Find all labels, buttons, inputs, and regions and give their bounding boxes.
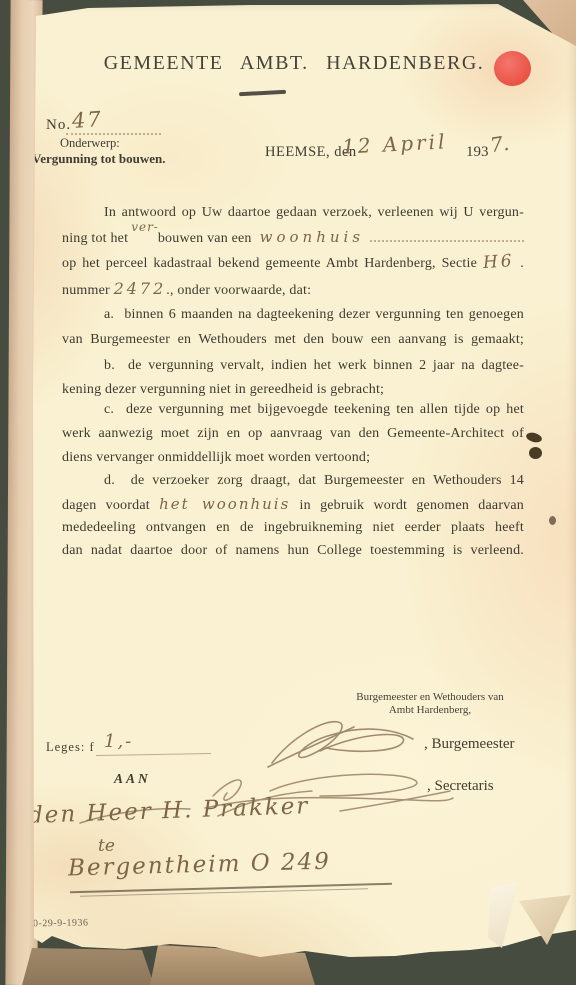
clause-c-line: c. deze vergunning met bijgevoegde teeke… xyxy=(62,399,524,420)
burgemeester-signature xyxy=(268,722,413,767)
burgemeester-label: , Burgemeester xyxy=(424,736,515,753)
body-text: nummer xyxy=(62,283,110,298)
scanned-document: GEMEENTE AMBT. HARDENBERG. No. 47 Onderw… xyxy=(0,0,576,985)
document-number-value: 47 xyxy=(71,107,103,133)
inserted-word-handwritten: ver- xyxy=(131,217,159,238)
municipality-title: GEMEENTE AMBT. HARDENBERG. xyxy=(88,52,500,75)
clause-a-line: van Burgemeester en Wethouders met den b… xyxy=(62,329,524,350)
clause-a-line: a. binnen 6 maanden na dagteekening deze… xyxy=(62,304,524,325)
building-type-handwritten: woonhuis xyxy=(260,227,364,248)
body-text: op het perceel kadastraal bekend gemeent… xyxy=(62,256,477,271)
perceel-nummer-handwritten: 2472 xyxy=(114,279,167,298)
paper-speck xyxy=(529,447,542,459)
body-line: nummer 2472., onder voorwaarde, dat: xyxy=(62,278,524,301)
secretaris-label: , Secretaris xyxy=(427,778,494,795)
clause-b-line: b. de vergunning vervalt, indien het wer… xyxy=(62,355,524,376)
body-text: in gebruik wordt genomen daarvan xyxy=(300,498,524,513)
body-text: dagen voordat xyxy=(62,498,150,513)
body-text: ., onder voorwaarde, dat: xyxy=(166,283,311,298)
inserted-phrase-handwritten: het woonhuis xyxy=(159,495,290,513)
year-printed: 193 xyxy=(466,144,489,161)
year-handwritten: 7. xyxy=(488,131,510,157)
addressee-place-handwritten: Bergentheim O 249 xyxy=(68,849,331,882)
clause-d-line: d. de verzoeker zorg draagt, dat Burgeme… xyxy=(62,470,524,491)
subject-label: Onderwerp: xyxy=(60,136,120,151)
paper-speck xyxy=(549,516,556,525)
aan-label: AAN xyxy=(114,771,151,787)
leges-label: Leges: f xyxy=(46,740,95,755)
leges-value-handwritten: 1,- xyxy=(104,731,133,752)
paper-speck xyxy=(525,431,543,444)
clause-c-line: werk aanwezig moet zijn en op aanvraag v… xyxy=(62,423,524,444)
body-line: op het perceel kadastraal bekend gemeent… xyxy=(62,252,524,274)
body-text: ning tot het xyxy=(62,228,128,249)
document-page: GEMEENTE AMBT. HARDENBERG. No. 47 Onderw… xyxy=(0,0,576,985)
body-text: bouwen van een xyxy=(158,228,252,249)
clause-d-line: dan nadat daartoe door of namens hun Col… xyxy=(62,540,524,561)
dotted-rule xyxy=(66,132,161,135)
title-divider xyxy=(239,90,286,96)
sectie-handwritten: H6 xyxy=(482,251,515,274)
body-line: ning tot het ver- bouwen van een woonhui… xyxy=(62,227,524,249)
date-handwritten: 12 April xyxy=(341,129,448,158)
clause-d-line: dagen voordat het woonhuis in gebruik wo… xyxy=(62,494,524,516)
body-text: . xyxy=(520,256,524,271)
clause-c-line: diens vervanger onmiddellijk moet worden… xyxy=(62,447,524,468)
clause-b-line: kening dezer vergunning niet in gereedhe… xyxy=(62,379,524,400)
dotted-fill-line xyxy=(370,229,524,242)
clause-d-line: mededeeling ontvangen en de ingebruiknem… xyxy=(62,517,524,538)
addressee-te-handwritten: te xyxy=(98,836,115,856)
subject-value: Vergunning tot bouwen. xyxy=(32,151,166,167)
